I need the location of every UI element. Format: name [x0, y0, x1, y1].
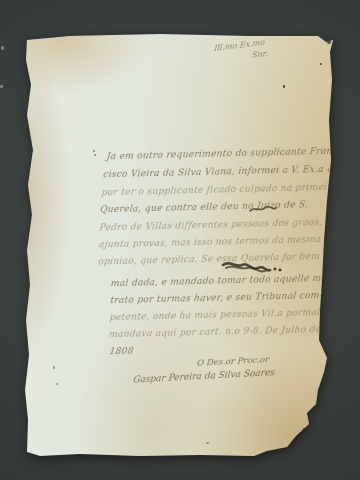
- manuscript-line: opiniao, que replica. Se essa Querela fo…: [98, 252, 336, 268]
- manuscript-body: Ja em outro requerimento do supplicante …: [0, 0, 360, 480]
- ink-speck: [206, 442, 209, 444]
- torn-edge-fleck: [327, 40, 331, 44]
- manuscript-line: trato por turmas haver, e seu Tribunal c…: [110, 291, 324, 306]
- ink-speck: [93, 150, 95, 152]
- manuscript-line: petente, onde ha mais pessoas Vil.a porm…: [109, 308, 321, 323]
- manuscript-line: ajunta provas, mas isso nos termos da me…: [98, 235, 321, 250]
- manuscript-line: cisco Vieira da Silva Viana, informei a …: [103, 164, 346, 180]
- ink-speck: [56, 383, 58, 385]
- manuscript-line: por ter o supplicante ficado culpado na …: [101, 183, 338, 199]
- ink-speck: [283, 85, 285, 88]
- ink-speck: [94, 154, 96, 156]
- manuscript-paper-wrap: Ill.mo Ex.mo Snr. Ja em outro requerimen…: [0, 0, 360, 480]
- ink-speck: [53, 366, 55, 369]
- manuscript-line: Ja em outro requerimento do supplicante …: [106, 147, 336, 163]
- manuscript-line: 1808: [109, 347, 134, 358]
- manuscript-paper: Ill.mo Ex.mo Snr. Ja em outro requerimen…: [0, 0, 360, 480]
- torn-edge-fleck: [302, 428, 306, 433]
- ink-scribble-strikeout: [220, 256, 286, 278]
- photo-of-manuscript: Ill.mo Ex.mo Snr. Ja em outro requerimen…: [0, 0, 360, 480]
- caret-insertion-scribble: [248, 203, 278, 215]
- manuscript-line: Pedro de Villas differentes pessoas dos …: [99, 217, 344, 233]
- manuscript-line: mandava aqui por cart. n.o 9-8. De Julho…: [108, 325, 321, 340]
- ink-speck: [320, 63, 322, 65]
